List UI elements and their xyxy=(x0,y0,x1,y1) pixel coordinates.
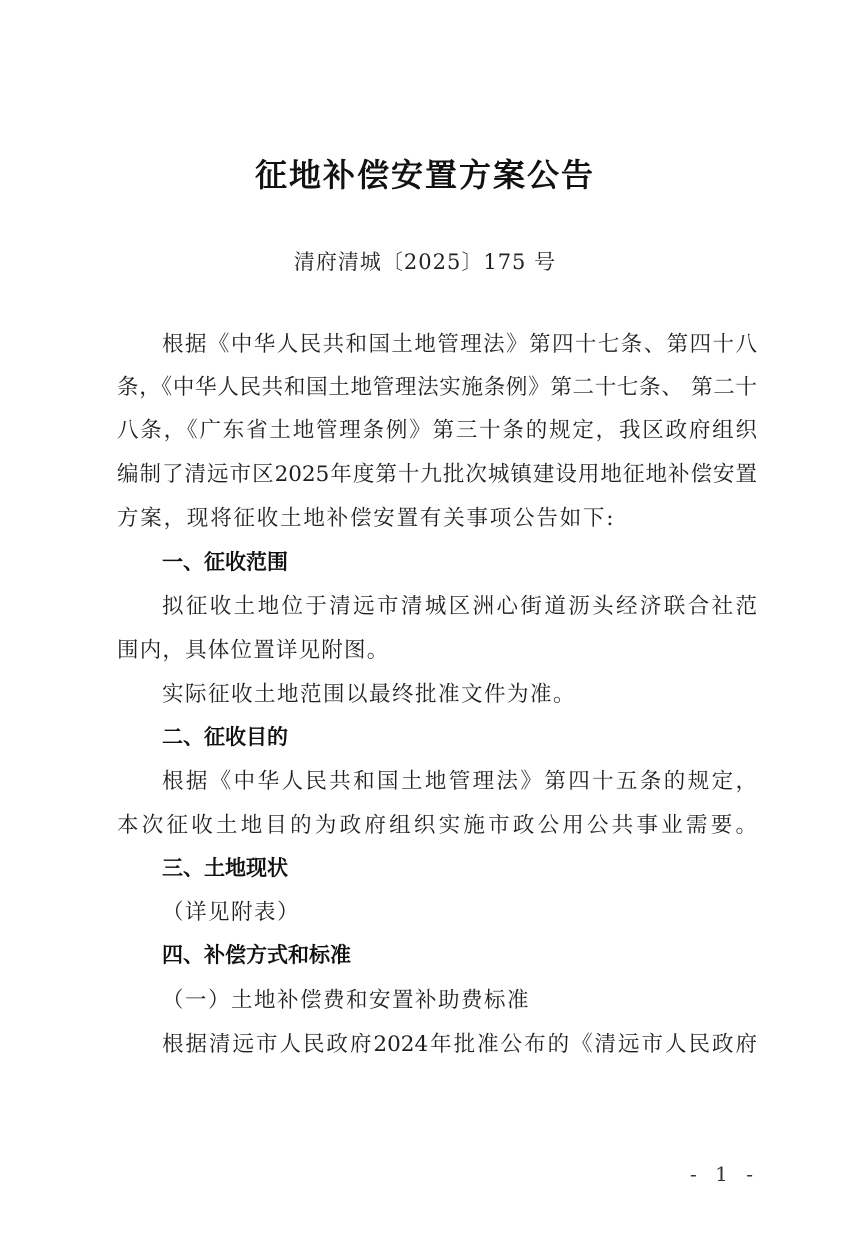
subsection-heading: （一）土地补偿费和安置补助费标准 xyxy=(162,983,757,1014)
paragraph-line: 方案，现将征收土地补偿安置有关事项公告如下: xyxy=(117,501,757,532)
paragraph-line: 根据《中华人民共和国土地管理法》第四十五条的规定， xyxy=(162,764,757,795)
section-heading: 三、土地现状 xyxy=(162,852,757,882)
paragraph-line: 根据清远市人民政府2024年批准公布的《清远市人民政府 xyxy=(162,1027,757,1058)
paragraph-line: 本次征收土地目的为政府组织实施市政公用公共事业需要。 xyxy=(117,808,757,839)
paragraph-line: （详见附表） xyxy=(162,895,757,926)
paragraph-line: 条，《中华人民共和国土地管理法实施条例》第二十七条、 第二十 xyxy=(117,370,757,401)
paragraph-line: 实际征收土地范围以最终批准文件为准。 xyxy=(162,677,757,708)
paragraph-line: 根据《中华人民共和国土地管理法》第四十七条、第四十八 xyxy=(162,327,757,358)
section-heading: 四、补偿方式和标准 xyxy=(162,939,757,969)
paragraph-line: 编制了清远市区2025年度第十九批次城镇建设用地征地补偿安置 xyxy=(117,457,757,488)
document-number: 清府清城〔2025〕175 号 xyxy=(0,246,850,276)
paragraph-line: 拟征收土地位于清远市清城区洲心街道沥头经济联合社范 xyxy=(162,589,757,620)
section-heading: 一、征收范围 xyxy=(162,546,757,576)
page-number: - 1 - xyxy=(690,1162,759,1186)
paragraph-line: 围内，具体位置详见附图。 xyxy=(117,633,757,664)
document-title: 征地补偿安置方案公告 xyxy=(0,150,850,196)
paragraph-line: 八条，《广东省土地管理条例》第三十条的规定，我区政府组织 xyxy=(117,413,757,444)
section-heading: 二、征收目的 xyxy=(162,721,757,751)
